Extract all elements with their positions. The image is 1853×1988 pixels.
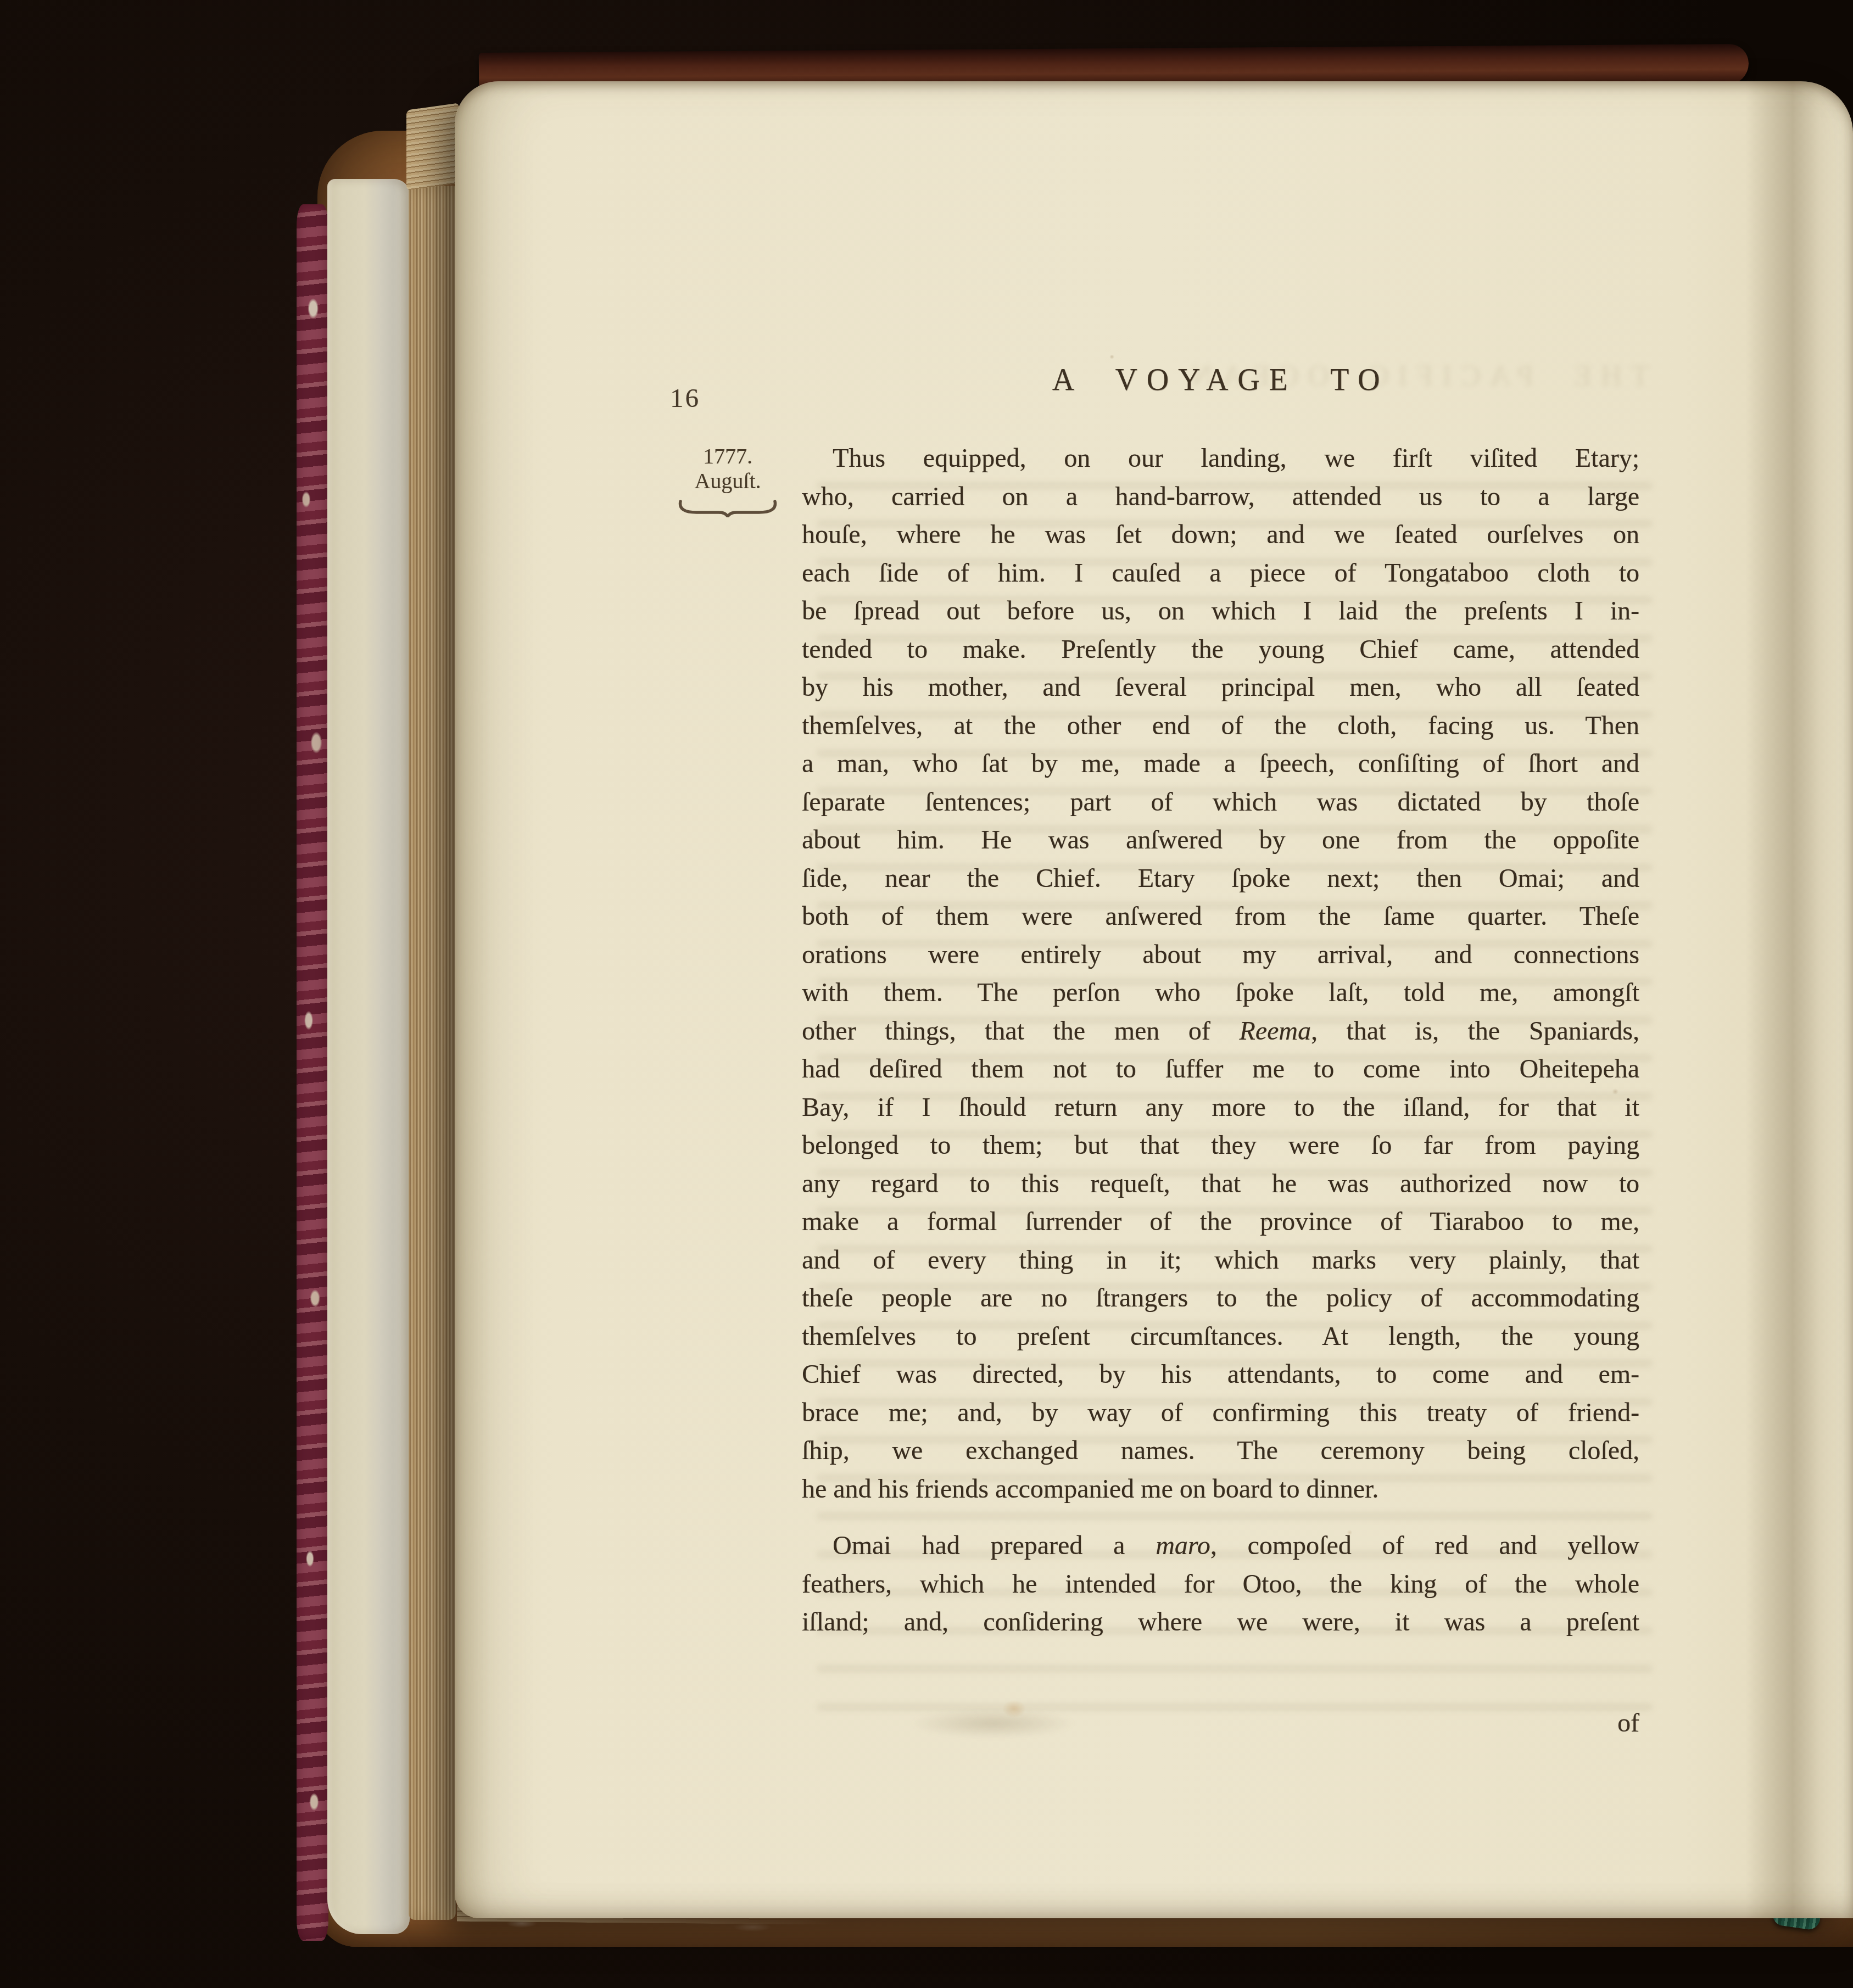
page-edge-stack [409,186,456,1920]
paragraph: Thus equipped, on our landing, we firſt … [802,439,1639,1508]
text-line: other things, that the men of Reema, tha… [802,1012,1639,1051]
text-line: iſland; and, conſidering where we were, … [802,1603,1639,1641]
book-page: THE PACIFIC OCEAN 16 A VOYAGE TO 1777. A… [455,81,1853,1918]
page-number: 16 [670,382,700,414]
text-line: by his mother, and ſeveral principal men… [802,668,1639,707]
text-line: he and his friends accompanied me on boa… [802,1470,1639,1509]
text-line: Thus equipped, on our landing, we firſt … [802,439,1639,478]
catchword: of [802,1708,1639,1738]
brace-ornament [677,498,779,517]
text-line: had deſired them not to ſuffer me to com… [802,1050,1639,1088]
text-line: any regard to this requeſt, that he was … [802,1165,1639,1203]
text-line: theſe people are no ſtrangers to the pol… [802,1279,1639,1317]
margin-note-year: 1777. [703,444,752,468]
text-line: a man, who ſat by me, made a ſpeech, con… [802,745,1639,783]
flyleaf-page [327,179,410,1934]
text-line: Chief was directed, by his attendants, t… [802,1355,1639,1394]
text-line: ſhip, we exchanged names. The ceremony b… [802,1432,1639,1470]
text-line: who, carried on a hand-barrow, attended … [802,478,1639,516]
text-line: both of them were anſwered from the ſame… [802,897,1639,936]
text-line: orations were entirely about my arrival,… [802,936,1639,974]
paragraph: Omai had prepared a maro, compoſed of re… [802,1527,1639,1641]
text-line: houſe, where he was ſet down; and we ſea… [802,516,1639,554]
text-line: each ſide of him. I cauſed a piece of To… [802,554,1639,593]
text-line: tended to make. Preſently the young Chie… [802,630,1639,669]
text-line: with them. The perſon who ſpoke laſt, to… [802,974,1639,1012]
running-header: A VOYAGE TO [802,362,1639,398]
text-line: Bay, if I ſhould return any more to the … [802,1088,1639,1127]
text-line: ſeparate ſentences; part of which was di… [802,783,1639,822]
text-line: about him. He was anſwered by one from t… [802,821,1639,859]
marbled-endpaper-strip [297,204,328,1941]
margin-note: 1777. Auguſt. [676,444,780,517]
text-line: be ſpread out before us, on which I laid… [802,592,1639,630]
text-line: brace me; and, by way of confirming this… [802,1394,1639,1432]
text-line: themſelves to preſent circumſtances. At … [802,1317,1639,1356]
text-line: make a formal ſurrender of the province … [802,1203,1639,1241]
text-line: ſide, near the Chief. Etary ſpoke next; … [802,859,1639,898]
page-top-edges [406,103,459,190]
text-line: and of every thing in it; which marks ve… [802,1241,1639,1280]
body-text: Thus equipped, on our landing, we firſt … [802,439,1639,1641]
margin-note-month: Auguſt. [694,468,761,493]
text-line: belonged to them; but that they were ſo … [802,1126,1639,1165]
text-line: feathers, which he intended for Otoo, th… [802,1565,1639,1604]
text-line: Omai had prepared a maro, compoſed of re… [802,1527,1639,1565]
text-line: themſelves, at the other end of the clot… [802,707,1639,745]
